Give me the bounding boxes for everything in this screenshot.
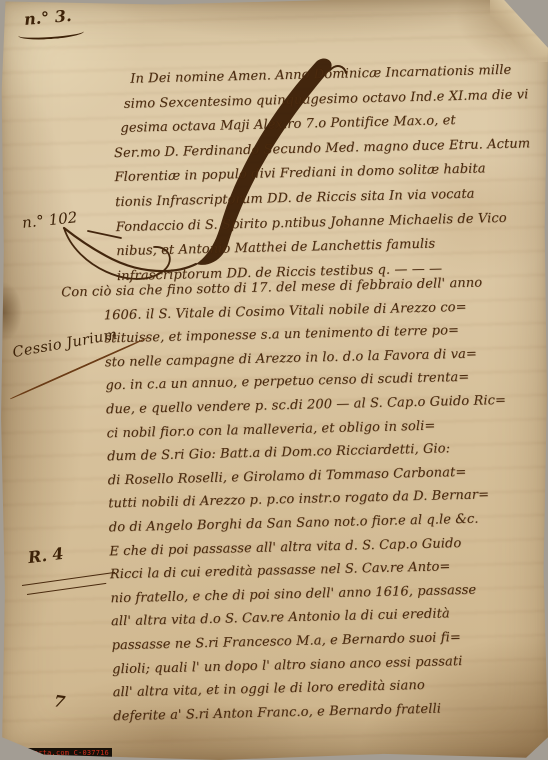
manuscript-text-block: In Dei nomine Amen. Anno Dominicæ Incarn… — [0, 0, 548, 760]
latin-paragraph: In Dei nomine Amen. Anno Dominicæ Incarn… — [112, 58, 533, 289]
watermark-bar: www.icharta.com C-037716 — [0, 748, 112, 758]
manuscript-page: n.° 3. n.° 102 In Dei nomine Amen. Anno … — [0, 0, 548, 760]
italian-paragraph: Con ciò sia che fino sotto di 17. del me… — [103, 271, 513, 729]
scan-background: n.° 3. n.° 102 In Dei nomine Amen. Anno … — [0, 0, 548, 760]
